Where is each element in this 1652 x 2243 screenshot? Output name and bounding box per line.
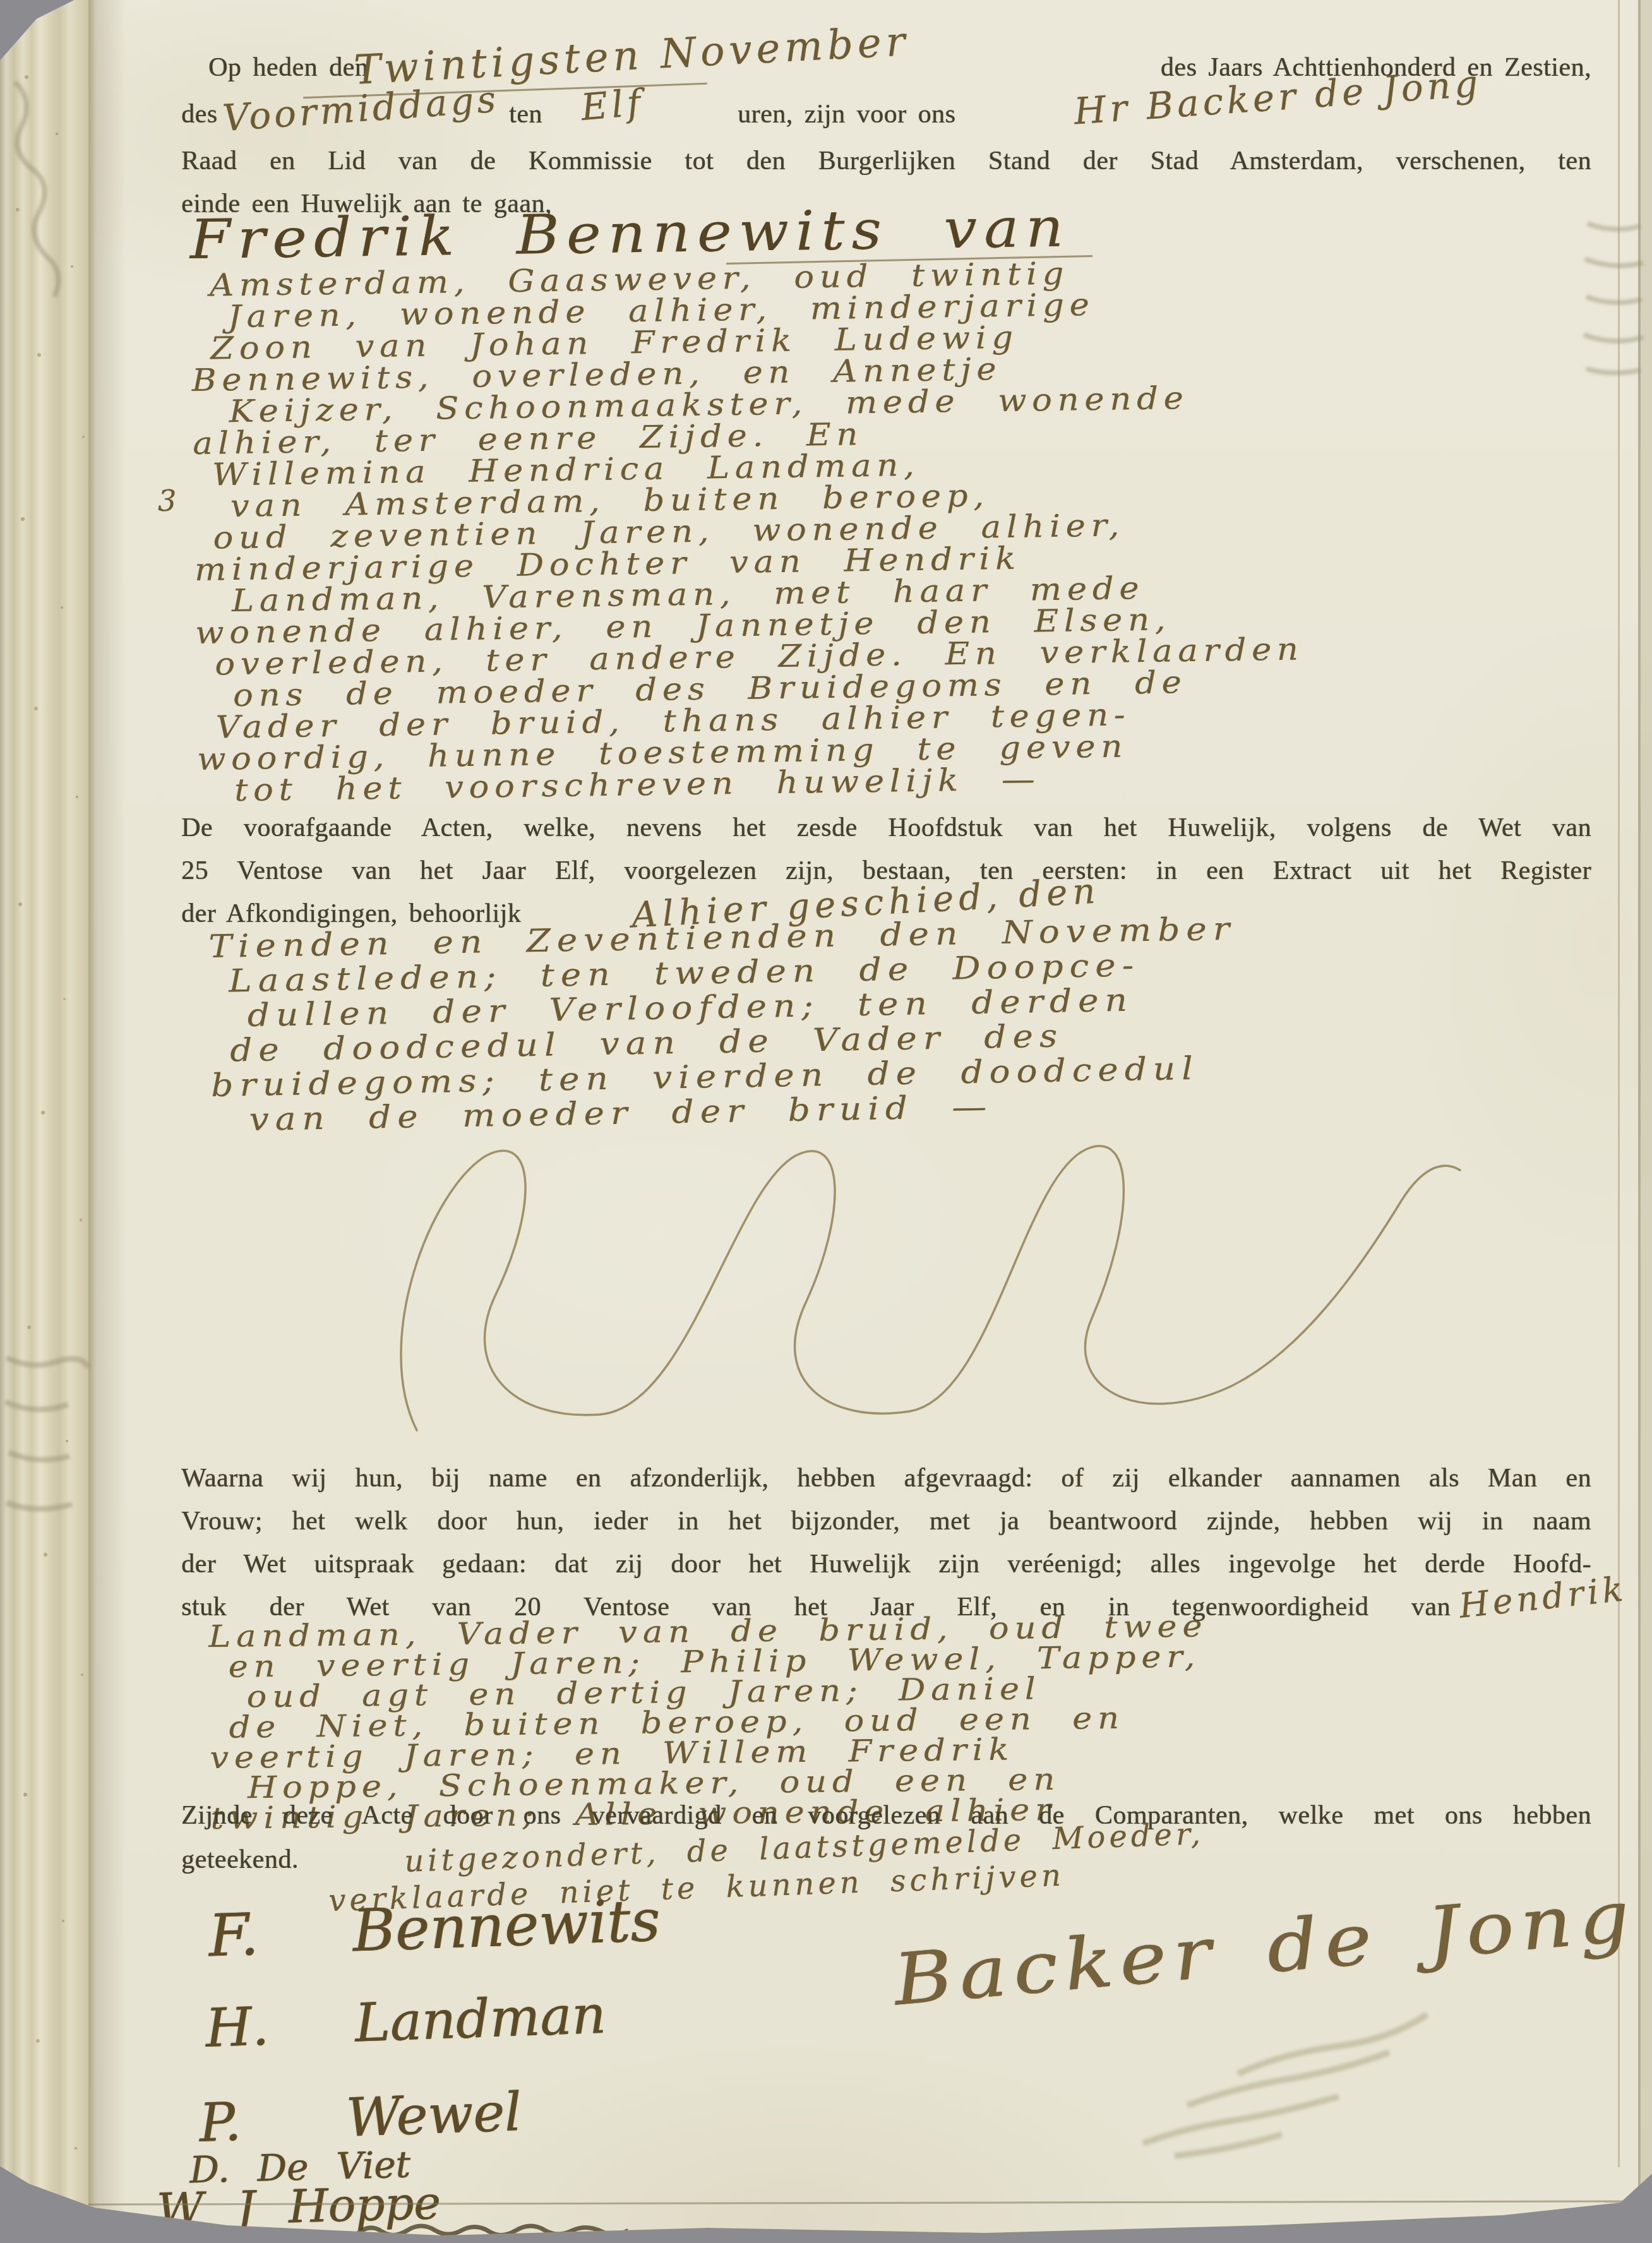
cutoff-signature-fragment (354, 2218, 682, 2240)
signature-wewel: P. Wewel (198, 2081, 522, 2154)
paper-sheet: Op heden den Twintigsten November des Ja… (0, 0, 1652, 2243)
signature-official-backer-de-jong: Backer de Jong (890, 1875, 1639, 2021)
handwritten-parties-block: Fredrik Bennewits van Amsterdam, Gaaswev… (189, 194, 1306, 807)
handwritten-daypart: Voormiddags (221, 78, 500, 140)
printed-line: Op heden den (208, 53, 368, 82)
printed-line: De voorafgaande Acten, welke, nevens het… (181, 813, 1591, 842)
bleedthrough-signatures (985, 2002, 1490, 2166)
printed-line: der Wet uitspraak gedaan: dat zij door h… (181, 1550, 1591, 1579)
printed-line: ten (509, 100, 542, 129)
printed-line: Waarna wij hun, bij name en afzonderlijk… (181, 1464, 1591, 1493)
signature-landman: H. Landman (204, 1983, 606, 2059)
handwritten-acts-block: Tienden en Zeventienden den November Laa… (208, 912, 1239, 1138)
printed-line: Raad en Lid van de Kommissie tot den Bur… (181, 147, 1591, 176)
large-pen-flourish (392, 1133, 1591, 1449)
printed-line: uren, zijn voor ons (738, 100, 955, 129)
book-binding-edge (0, 0, 96, 2230)
bleedthrough-marks (0, 1345, 95, 1534)
gutter-shadow (88, 0, 126, 2243)
printed-line: Zijnde deze Acte door ons vervaardigd en… (181, 1801, 1591, 1830)
printed-line: geteekend. (181, 1845, 299, 1874)
scanned-marriage-record-page: { "colors":{ "background":"#8b8b90", "pa… (0, 0, 1652, 2243)
printed-line: Vrouw; het welk door hun, ieder in het b… (181, 1507, 1591, 1536)
handwritten-hour: Elf (579, 81, 646, 129)
margin-mark: 3 (158, 484, 176, 518)
bleedthrough-marks (3, 76, 85, 303)
bleedthrough-marks (1579, 215, 1649, 379)
signature-bennewits: F. Bennewits (207, 1887, 661, 1970)
printed-line: des (181, 100, 218, 129)
foxing-specks (0, 0, 3, 3)
